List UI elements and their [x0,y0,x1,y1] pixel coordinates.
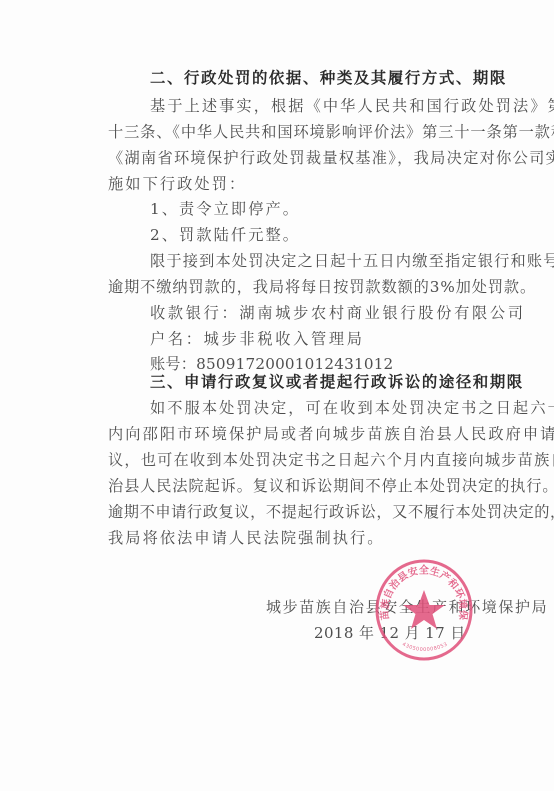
document-page: 二、行政处罚的依据、种类及其履行方式、期限 基于上述事实，根据《中华人民共和国行… [0,0,554,791]
section2-heading: 二、行政处罚的依据、种类及其履行方式、期限 [150,69,554,87]
section3-paragraph-line: 治县人民法院起诉。复议和诉讼期间不停止本处罚决定的执行。 [108,477,513,495]
section3-heading: 三、申请行政复议或者提起行政诉讼的途径和期限 [150,373,524,391]
account-number: 账号：85091720001012431012 [150,355,393,373]
section2-paragraph-line: 基于上述事实，根据《中华人民共和国行政处罚法》第二 [150,97,513,115]
seal-number: 4305000008053 [401,641,449,653]
late-fee-line: 逾期不缴纳罚款的，我局将每日按罚款数额的3%加处罚款。 [108,278,513,296]
section2-paragraph-line: 十三条、《中华人民共和国环境影响评价法》第三十一条第一款和 [108,123,513,141]
section3-paragraph-line: 我局将依法申请人民法院强制执行。 [108,529,385,547]
svg-text:4305000008053: 4305000008053 [401,641,449,653]
official-seal-icon: 城步苗族自治县安全生产和环境保护局 4305000008053 [374,558,474,662]
section3-paragraph-line: 逾期不申请行政复议，不提起行政诉讼，又不履行本处罚决定的， [108,503,513,521]
section2-paragraph-line: 《湖南省环境保护行政处罚裁量权基准》，我局决定对你公司实 [108,149,513,167]
section3-paragraph-line: 如不服本处罚决定，可在收到本处罚决定书之日起六十日 [150,399,513,417]
penalty-item: 2、罚款陆仟元整。 [150,226,300,244]
penalty-item: 1、责令立即停产。 [150,200,300,218]
account-name: 户名：城步非税收入管理局 [150,330,365,348]
payment-deadline-line: 限于接到本处罚决定之日起十五日内缴至指定银行和账号。 [150,252,513,270]
section3-paragraph-line: 议，也可在收到本处罚决定书之日起六个月内直接向城步苗族自 [108,451,513,469]
bank-name: 收款银行：湖南城步农村商业银行股份有限公司 [150,304,526,322]
section2-paragraph-line: 施如下行政处罚： [108,175,246,193]
section3-paragraph-line: 内向邵阳市环境保护局或者向城步苗族自治县人民政府申请复 [108,425,513,443]
